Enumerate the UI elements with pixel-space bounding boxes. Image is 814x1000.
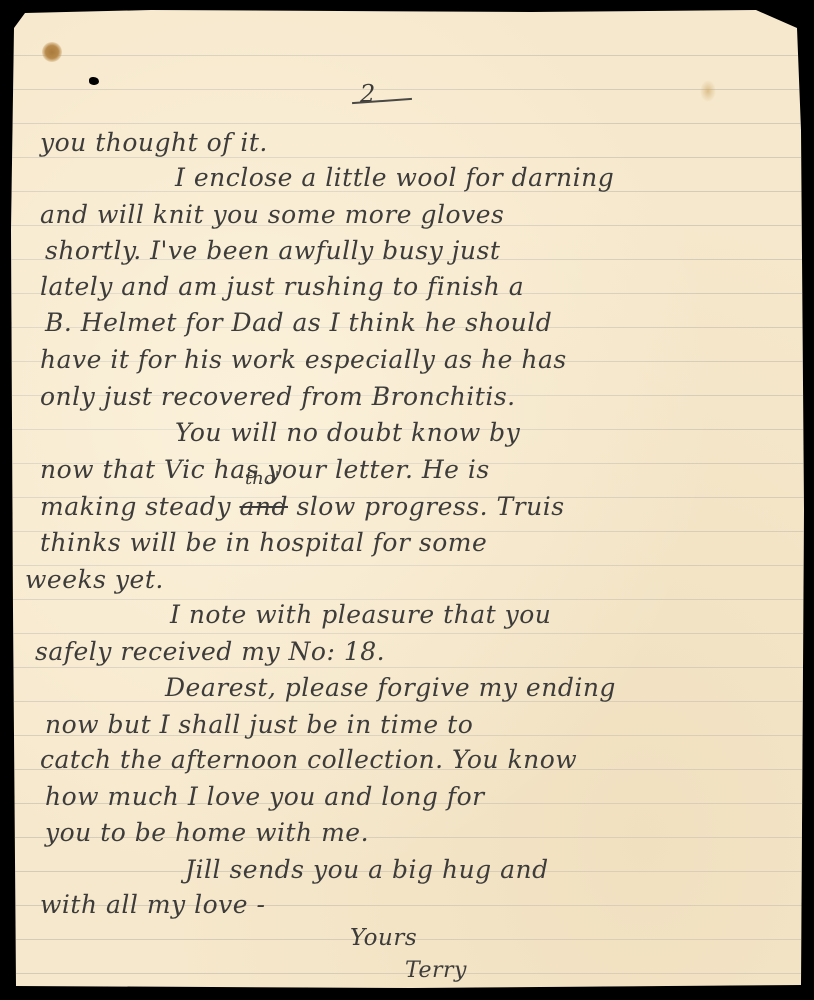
letter-line: catch the afternoon collection. You know [40, 745, 577, 774]
letter-line: Jill sends you a big hug and [185, 855, 549, 884]
letter-line: B. Helmet for Dad as I think he should [45, 308, 552, 337]
closing: Yours [350, 925, 417, 951]
letter-line: Dearest, please forgive my ending [165, 673, 616, 702]
letter-line: I note with pleasure that you [170, 600, 551, 629]
page-number: 2 [360, 80, 375, 108]
letter-line: I enclose a little wool for darning [175, 163, 614, 192]
letter-text: making steady [40, 492, 231, 521]
inserted-word: tho' [245, 468, 280, 489]
letter-line: and will knit you some more gloves [40, 200, 504, 229]
letter-line: thinks will be in hospital for some [40, 528, 487, 557]
letter-line: how much I love you and long for [45, 782, 485, 811]
letter-line: You will no doubt know by [175, 418, 520, 447]
signature: Terry [405, 958, 467, 983]
letter-line: weeks yet. [25, 565, 164, 594]
letter-line: you thought of it. [40, 128, 268, 157]
struck-word: and [239, 492, 288, 521]
letter-body: 2 you thought of it. I enclose a little … [0, 0, 814, 1000]
letter-line: you to be home with me. [45, 818, 369, 847]
letter-line: have it for his work especially as he ha… [40, 345, 567, 374]
letter-text: slow progress. Truis [296, 492, 564, 521]
letter-line: making steady and slow progress. Truis [40, 492, 565, 521]
letter-line: safely received my No: 18. [35, 637, 385, 666]
letter-line: now but I shall just be in time to [45, 710, 473, 739]
letter-line: only just recovered from Bronchitis. [40, 382, 516, 411]
letter-line: with all my love - [40, 890, 265, 919]
letter-line: lately and am just rushing to finish a [40, 272, 524, 301]
letter-line: shortly. I've been awfully busy just [45, 236, 500, 265]
